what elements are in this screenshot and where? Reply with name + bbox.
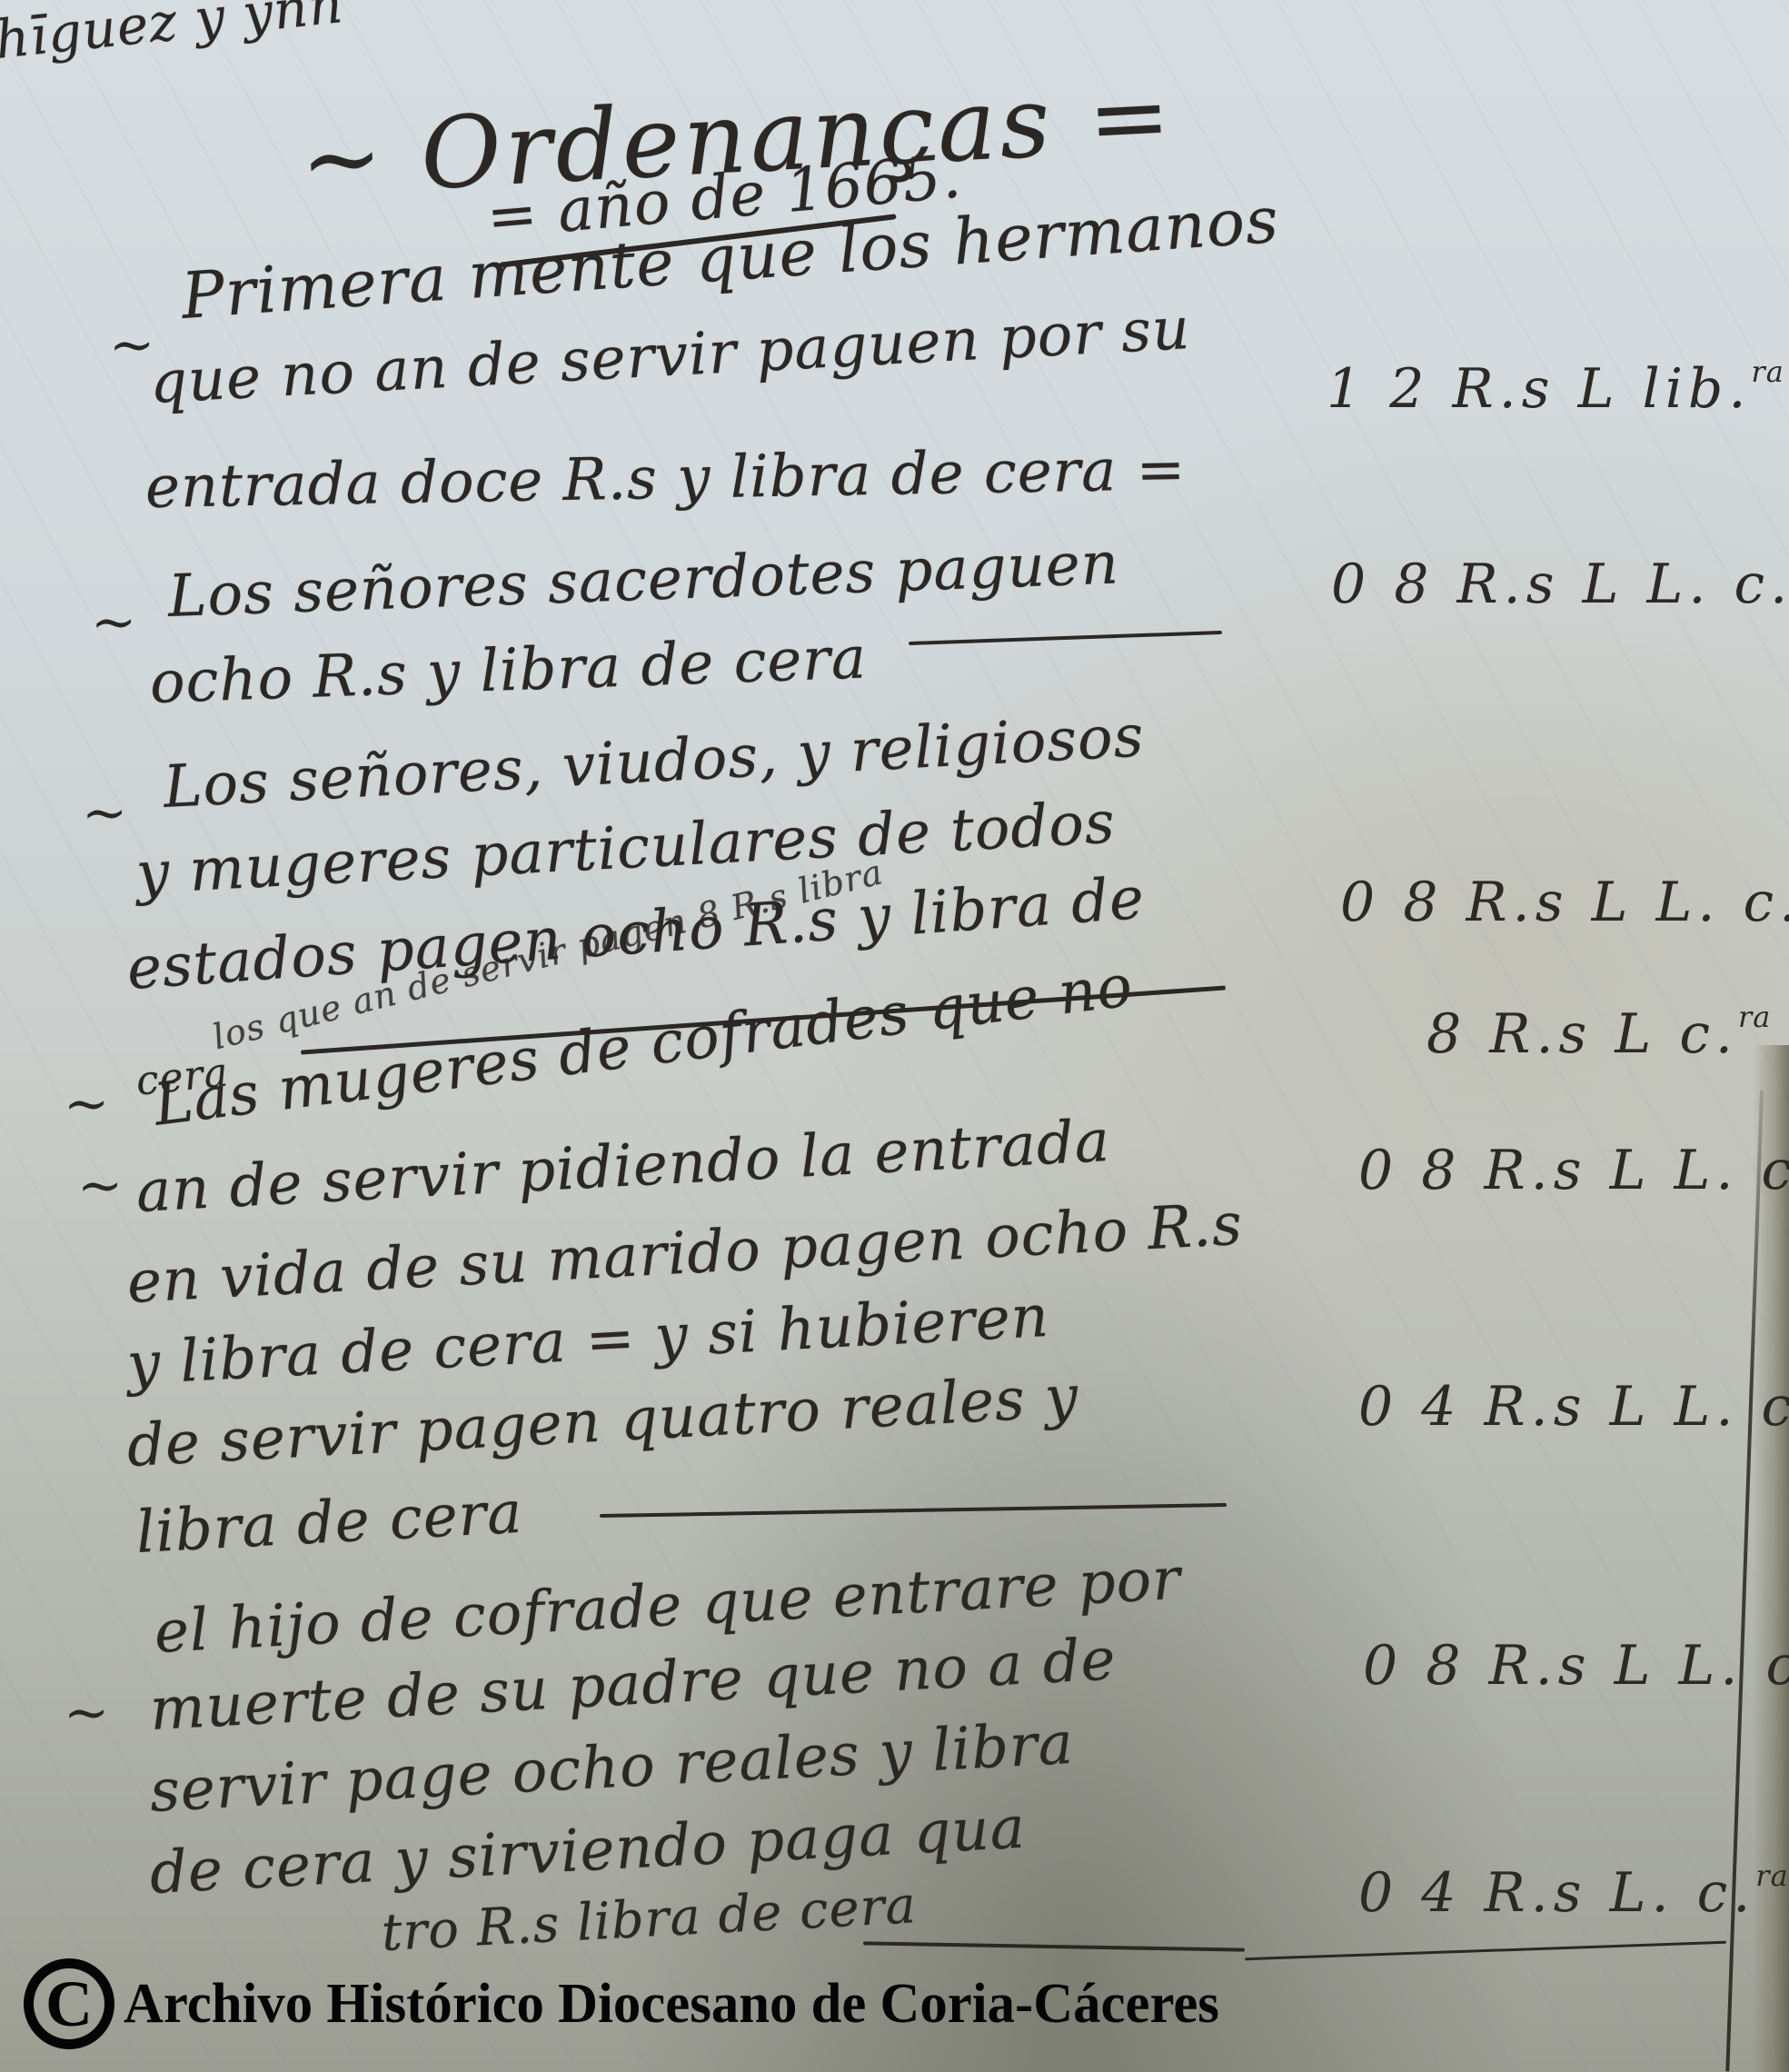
amount-value: 0 8 (1363, 1634, 1466, 1698)
amount-unit: R.s L (1457, 553, 1625, 616)
amount-entry: 0 4 R.s L L. c.ra (1358, 1372, 1789, 1439)
text-line: ocho R.s y libra de cera (149, 624, 868, 717)
amount-unit: R.s L (1485, 1139, 1652, 1202)
amount-suffix: lib. (1643, 357, 1752, 421)
watermark-text: Archivo Histórico Diocesano de Coria-Các… (124, 1972, 1219, 2037)
margin-mark: ~ (91, 591, 136, 654)
amount-suffix: L. c. (1610, 1861, 1756, 1925)
amount-entry: 0 8 R.s L L. c.ra (1331, 550, 1789, 616)
amount-value: 0 8 (1331, 553, 1434, 616)
amount-value: 0 8 (1340, 871, 1443, 934)
separator-rule (600, 1503, 1227, 1518)
margin-mark: ~ (64, 1072, 109, 1136)
amount-superscript: ra (1755, 1858, 1788, 1893)
amount-suffix: L. c. (1675, 1375, 1789, 1439)
amount-value: 0 8 (1358, 1139, 1461, 1202)
amount-suffix: L. c. (1679, 1634, 1789, 1698)
separator-rule (909, 631, 1222, 645)
amount-value: 1 2 (1327, 357, 1429, 421)
text-line: libra de cera (134, 1479, 524, 1567)
amount-entry: 1 2 R.s L lib.ra (1327, 354, 1784, 421)
separator-rule (863, 1941, 1245, 1951)
archive-watermark: C Archivo Histórico Diocesano de Coria-C… (24, 1954, 1242, 2054)
margin-mark: ~ (77, 1154, 123, 1218)
text-line: Los señores sacerdotes paguen (167, 530, 1120, 631)
margin-mark: ~ (109, 314, 154, 377)
amount-entry: 0 8 R.s L L. c.ra (1358, 1136, 1789, 1202)
amount-superscript: ra (1751, 354, 1784, 389)
amount-entry: 0 4 R.s L. c.ra (1358, 1858, 1789, 1925)
previous-text-fragment: hīguez y ynn (0, 0, 346, 71)
amount-entry: 0 8 R.s L L. c.ra (1340, 868, 1789, 934)
amount-suffix: L. c. (1647, 553, 1789, 616)
amount-suffix: L. c. (1656, 871, 1789, 934)
amount-value: 8 (1426, 1002, 1466, 1066)
amount-unit: R.s L (1466, 871, 1634, 934)
margin-mark: ~ (82, 782, 127, 845)
amount-superscript: ra (1738, 1000, 1771, 1034)
amount-unit: R.s L (1489, 1634, 1656, 1698)
amount-entry: 0 8 R.s L L. c.ra (1363, 1631, 1789, 1698)
amount-unit: R.s L (1453, 357, 1620, 421)
amount-suffix: L. c. (1675, 1139, 1789, 1202)
manuscript-page: hīguez y ynn ~ Ordenanças = = año de 166… (0, 0, 1789, 2072)
text-line: entrada doce R.s y libra de cera = (144, 436, 1187, 522)
separator-rule (1245, 1941, 1726, 1960)
copyright-icon: C (24, 1958, 114, 2049)
margin-mark: ~ (64, 1681, 109, 1745)
amount-suffix: c. (1679, 1002, 1738, 1066)
amount-unit: R.s (1485, 1861, 1587, 1925)
amount-unit: R.s L (1489, 1002, 1656, 1066)
amount-unit: R.s L (1485, 1375, 1652, 1439)
amount-value: 0 4 (1358, 1375, 1461, 1439)
amount-value: 0 4 (1358, 1861, 1461, 1925)
amount-entry: 8 R.s L c.ra (1426, 1000, 1771, 1066)
